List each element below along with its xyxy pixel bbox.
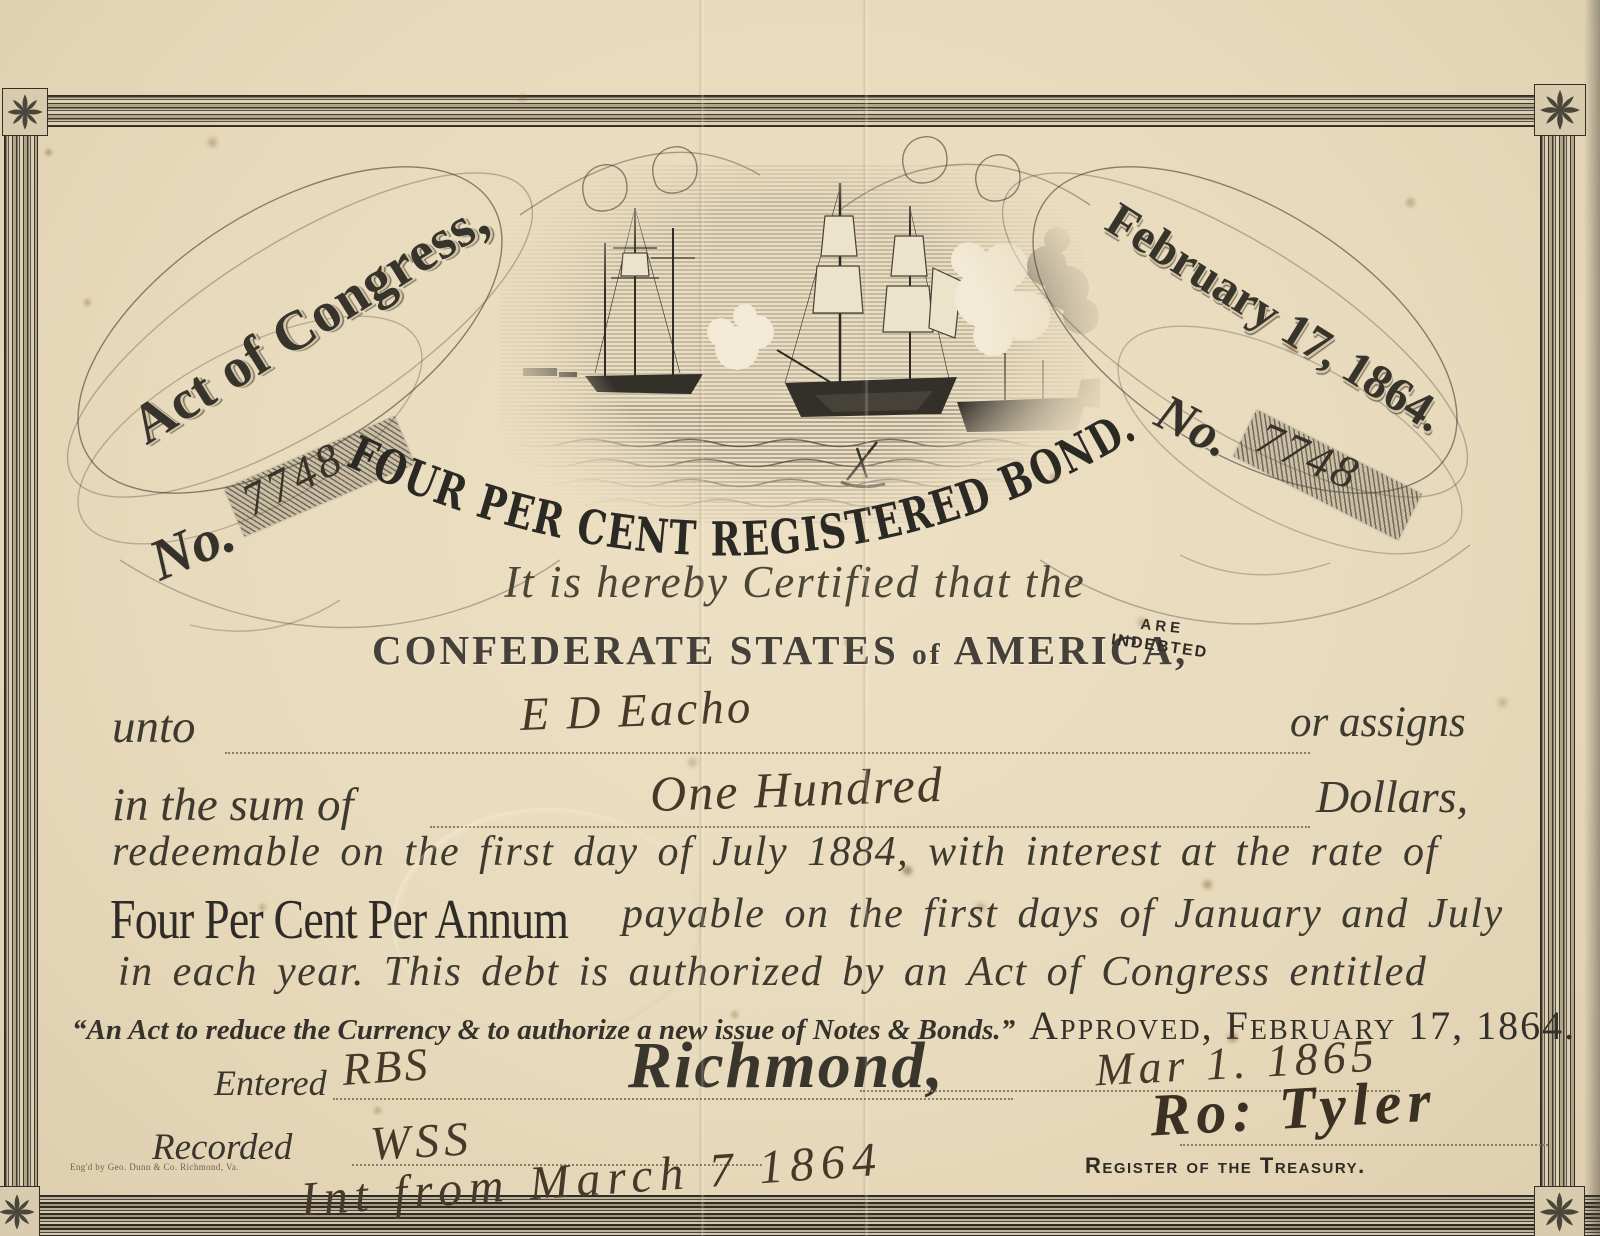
entered-fill-line <box>333 1098 1013 1100</box>
fold-crease <box>698 0 705 1236</box>
issuer-of: of <box>912 639 943 671</box>
issuer-line: CONFEDERATE STATES of AMERICA, <box>372 626 1172 674</box>
frame-top <box>38 95 1538 127</box>
frame-bottom <box>0 1195 1600 1236</box>
amount-handwritten: One Hundred <box>649 755 945 823</box>
corner-rosette-icon <box>1534 1186 1585 1236</box>
sum-label: in the sum of <box>112 778 354 832</box>
entered-initials-handwritten: RBS <box>340 1037 432 1096</box>
issuer-part-1: CONFEDERATE STATES <box>372 627 899 673</box>
engraver-imprint: Eng'd by Geo. Dunn & Co. Richmond, Va. <box>70 1162 239 1172</box>
signer-title: Register of the Treasury. <box>1085 1153 1366 1179</box>
foxing-spots <box>0 0 5 5</box>
embossed-seal <box>392 808 702 1038</box>
corner-rosette-icon <box>1534 84 1586 136</box>
signature-handwritten: Ro: Tyler <box>1148 1067 1438 1151</box>
place-label: Richmond, <box>628 1028 945 1104</box>
dollars-label: Dollars, <box>1316 770 1468 823</box>
certified-line: It is hereby Certified that the <box>395 556 1195 608</box>
fold-crease <box>862 0 869 1236</box>
body-line-payable: payable on the first days of January and… <box>622 890 1504 938</box>
body-line-redeemable: redeemable on the first day of July 1884… <box>112 828 1439 876</box>
bond-title-text: FOUR PER CENT REGISTERED BOND. <box>340 399 1145 567</box>
payee-fill-line <box>225 752 1310 754</box>
entered-label: Entered <box>214 1062 327 1104</box>
svg-text:FOUR PER CENT REGISTERED BOND.: FOUR PER CENT REGISTERED BOND. <box>340 399 1145 567</box>
payee-handwritten: E D Eacho <box>519 680 754 742</box>
body-line-each-year: in each year. This debt is authorized by… <box>118 948 1427 996</box>
signature-fill-line <box>1180 1144 1548 1146</box>
scan-edge-shadow <box>1584 0 1600 1236</box>
unto-label: unto <box>112 700 196 754</box>
frame-left <box>4 133 38 1193</box>
corner-rosette-icon <box>0 1186 40 1236</box>
bond-certificate-page: Act of Congress, February 17, 1864. No.7… <box>0 0 1600 1236</box>
or-assigns-label: or assigns <box>1290 698 1466 747</box>
corner-rosette-icon <box>2 88 48 136</box>
